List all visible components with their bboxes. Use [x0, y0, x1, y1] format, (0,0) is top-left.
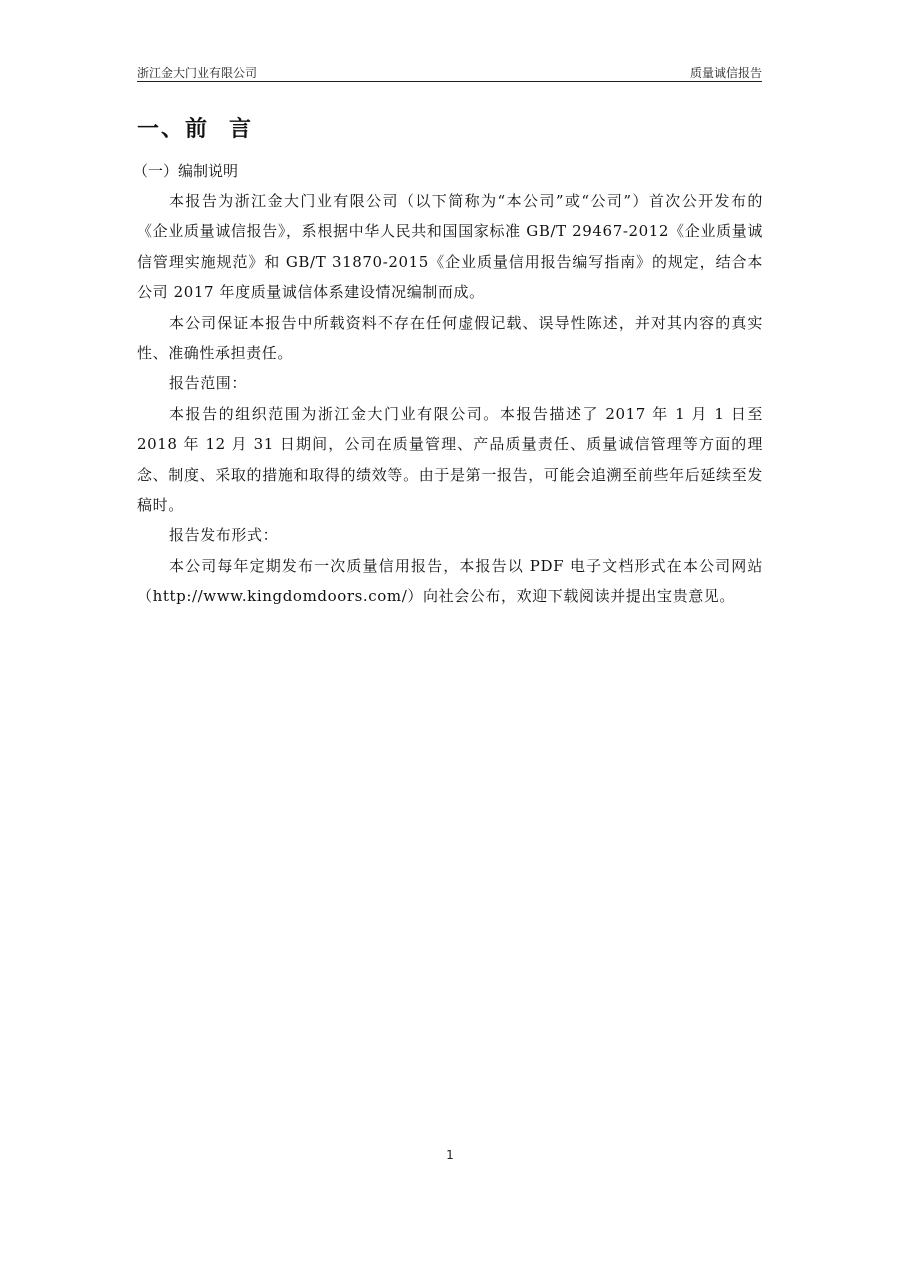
page-content: 一、前言 （一）编制说明 本报告为浙江金大门业有限公司（以下简称为“本公司”或“…: [137, 114, 763, 612]
page-header: 浙江金大门业有限公司 质量诚信报告: [137, 63, 762, 82]
paragraph-compilation-basis: 本报告为浙江金大门业有限公司（以下简称为“本公司”或“公司”）首次公开发布的《企…: [137, 186, 763, 308]
header-company-name: 浙江金大门业有限公司: [137, 64, 257, 81]
page-number: 1: [0, 1148, 900, 1162]
document-page: 浙江金大门业有限公司 质量诚信报告 一、前言 （一）编制说明 本报告为浙江金大门…: [0, 0, 900, 1272]
section-heading-tail: 言: [229, 117, 253, 142]
paragraph-guarantee: 本公司保证本报告中所载资料不存在任何虚假记载、误导性陈述，并对其内容的真实性、准…: [137, 308, 763, 369]
label-report-scope: 报告范围：: [137, 368, 763, 398]
section-heading: 一、前言: [137, 114, 763, 146]
paragraph-publication-format: 本公司每年定期发布一次质量信用报告，本报告以 PDF 电子文档形式在本公司网站（…: [137, 551, 763, 612]
section-heading-number: 一、前: [137, 117, 209, 142]
header-document-title: 质量诚信报告: [690, 64, 762, 81]
subsection-heading: （一）编制说明: [133, 156, 763, 186]
label-publication-format: 报告发布形式：: [137, 520, 763, 550]
paragraph-report-scope: 本报告的组织范围为浙江金大门业有限公司。本报告描述了 2017 年 1 月 1 …: [137, 399, 763, 521]
